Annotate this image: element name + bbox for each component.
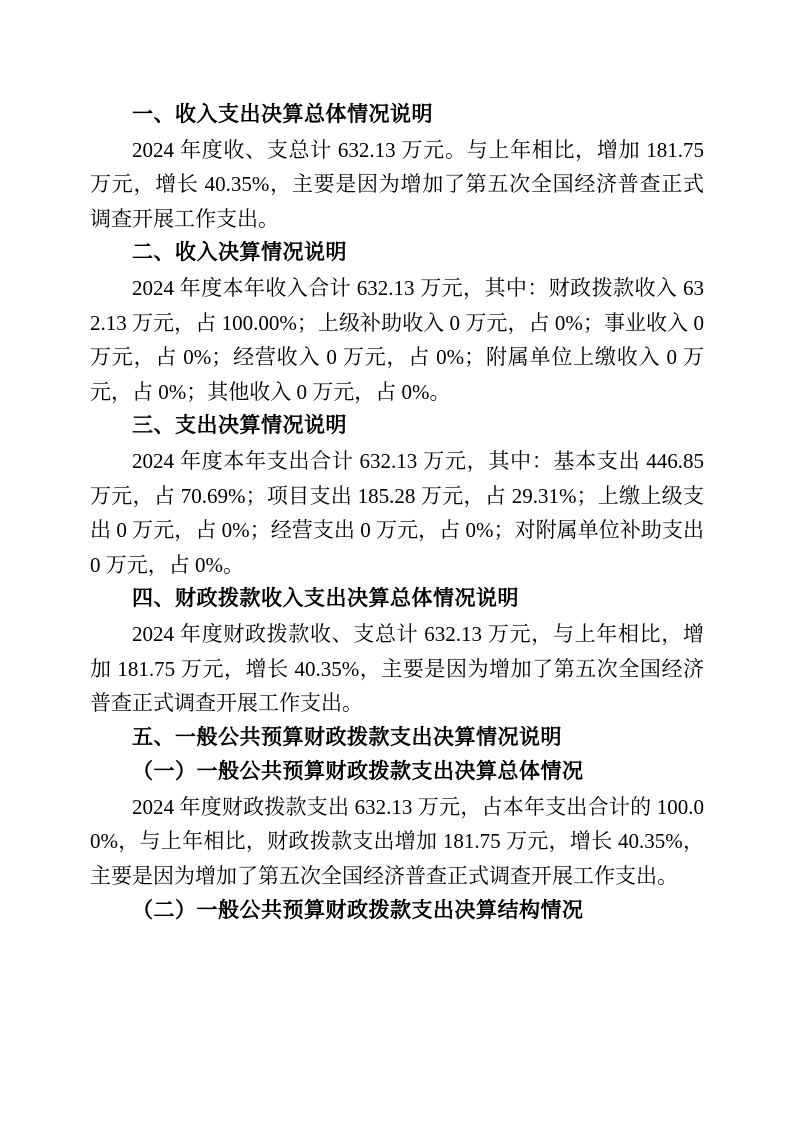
section-1-paragraph: 2024 年度收、支总计 632.13 万元。与上年相比，增加 181.75 万… — [90, 133, 704, 237]
section-3-paragraph: 2024 年度本年支出合计 632.13 万元，其中：基本支出 446.85 万… — [90, 444, 704, 582]
section-2-heading-income-accounts: 二、收入决算情况说明 — [90, 236, 704, 271]
section-3-heading-expenditure-accounts: 三、支出决算情况说明 — [90, 409, 704, 444]
section-1-heading-income-expenditure-overview: 一、收入支出决算总体情况说明 — [90, 98, 704, 133]
section-5-heading-general-public-budget-expenditure: 五、一般公共预算财政拨款支出决算情况说明 — [90, 721, 704, 756]
section-2-paragraph: 2024 年度本年收入合计 632.13 万元，其中：财政拨款收入 632.13… — [90, 271, 704, 409]
section-5-1-heading-expenditure-overall: （一）一般公共预算财政拨款支出决算总体情况 — [90, 755, 704, 790]
section-4-paragraph: 2024 年度财政拨款收、支总计 632.13 万元，与上年相比，增加 181.… — [90, 617, 704, 721]
section-5-1-paragraph: 2024 年度财政拨款支出 632.13 万元，占本年支出合计的 100.00%… — [90, 790, 704, 894]
section-4-heading-fiscal-appropriation-overview: 四、财政拨款收入支出决算总体情况说明 — [90, 582, 704, 617]
document-page: 一、收入支出决算总体情况说明 2024 年度收、支总计 632.13 万元。与上… — [0, 0, 793, 1122]
section-5-2-heading-expenditure-structure: （二）一般公共预算财政拨款支出决算结构情况 — [90, 894, 704, 929]
document-content: 一、收入支出决算总体情况说明 2024 年度收、支总计 632.13 万元。与上… — [90, 98, 704, 928]
